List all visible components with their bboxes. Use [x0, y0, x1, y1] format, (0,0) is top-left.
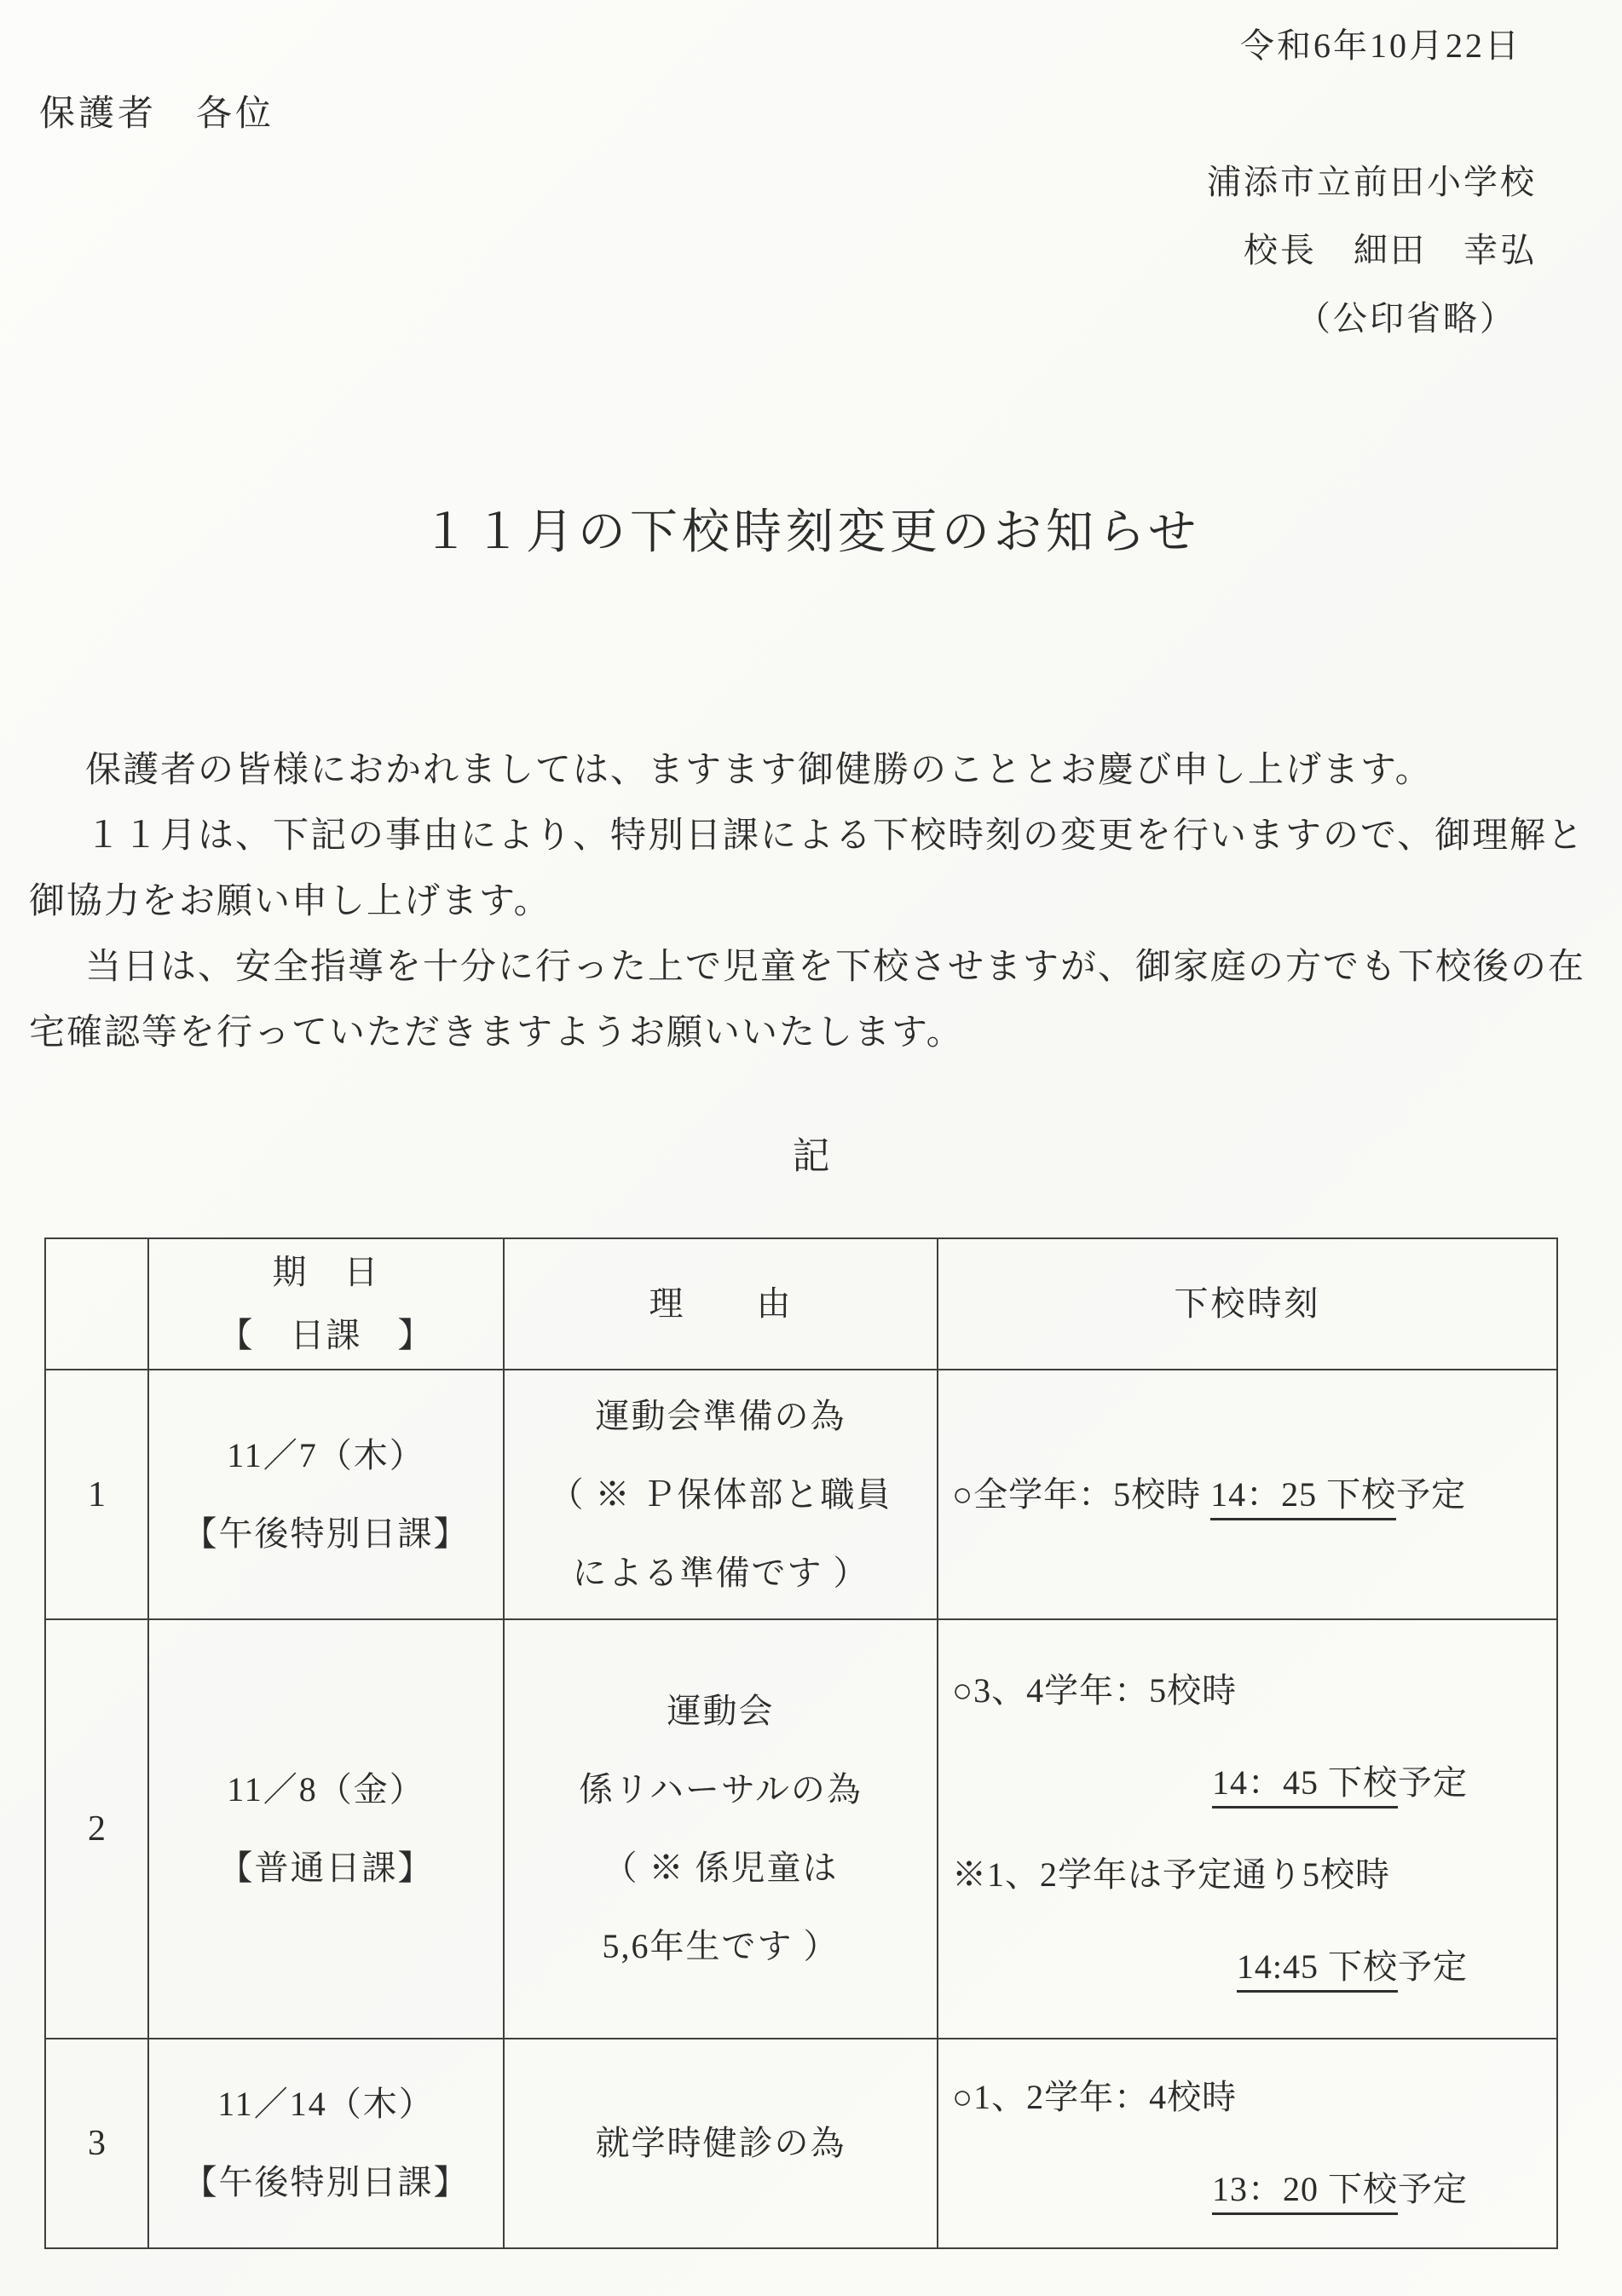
time-text: ○全学年：5校時: [952, 1475, 1210, 1514]
underlined-time-text: 13：20 下校: [1212, 2170, 1398, 2215]
underlined-time-text: 14:45 下校: [1237, 1947, 1398, 1993]
time-text: ○1、2学年：4校時: [952, 2078, 1237, 2116]
row-number: 2: [45, 1619, 148, 2039]
reason-line: 5,6年生です ）: [505, 1907, 937, 1986]
dismissal-time-line: 13：20 下校予定: [938, 2143, 1556, 2235]
reason-line: （ ※ Ｐ保体部と職員: [505, 1456, 937, 1534]
time-text: 予定: [1398, 1763, 1468, 1802]
date-line: 【午後特別日課】: [149, 2143, 503, 2222]
dismissal-time-line: ○3、4学年：5校時: [938, 1645, 1556, 1737]
date-line: 11／14（木）: [149, 2065, 503, 2143]
date-cell: 11／7（木）【午後特別日課】: [148, 1370, 504, 1619]
reason-line: 運動会準備の為: [505, 1377, 937, 1456]
body-line: 当日は、安全指導を十分に行った上で児童を下校させますが、御家庭の方でも下校後の在: [29, 935, 1590, 1001]
recipient-line: 保護者 各位: [39, 85, 274, 136]
header-cell: 期 日【 日課 】: [148, 1238, 504, 1370]
document-page: 令和6年10月22日 保護者 各位 浦添市立前田小学校 校長 細田 幸弘 （公印…: [0, 0, 1622, 2296]
body-line: 御協力をお願い申し上げます。: [29, 869, 1590, 935]
dismissal-time-line: ○1、2学年：4校時: [938, 2051, 1556, 2143]
reason-line: 係リハーサルの為: [505, 1751, 937, 1829]
date-cell: 11／14（木）【午後特別日課】: [148, 2039, 504, 2248]
body-paragraphs: 保護者の皆様におかれましては、ますます御健勝のこととお慶び申し上げます。１１月は…: [29, 738, 1590, 1066]
body-line: 宅確認等を行っていただきますようお願いいたします。: [29, 1001, 1590, 1066]
table-header-row: 期 日【 日課 】理 由下校時刻: [45, 1238, 1557, 1370]
dismissal-time-cell: ○1、2学年：4校時13：20 下校予定: [938, 2039, 1557, 2248]
header-cell: 理 由: [504, 1238, 938, 1370]
date-line: 【普通日課】: [149, 1829, 503, 1907]
school-name: 浦添市立前田小学校: [1207, 148, 1537, 216]
header-line: 下校時刻: [938, 1272, 1556, 1335]
dismissal-time-line: 14:45 下校予定: [938, 1921, 1556, 2013]
reason-cell: 就学時健診の為: [504, 2039, 938, 2248]
header-cell: 下校時刻: [938, 1238, 1557, 1370]
body-line: １１月は、下記の事由により、特別日課による下校時刻の変更を行いますので、御理解と: [29, 804, 1590, 869]
reason-line: （ ※ 係児童は: [505, 1829, 937, 1907]
header-line: 【 日課 】: [149, 1304, 503, 1367]
underlined-time-text: 14：25 下校: [1210, 1475, 1396, 1520]
time-text: 予定: [1398, 1947, 1468, 1986]
principal-name: 校長 細田 幸弘: [1207, 216, 1537, 285]
reason-cell: 運動会係リハーサルの為（ ※ 係児童は5,6年生です ）: [504, 1619, 938, 2039]
header-line: 理 由: [505, 1272, 937, 1335]
table-row: 311／14（木）【午後特別日課】就学時健診の為○1、2学年：4校時13：20 …: [45, 2039, 1557, 2248]
reason-line: 運動会: [505, 1672, 937, 1751]
table-row: 111／7（木）【午後特別日課】運動会準備の為（ ※ Ｐ保体部と職員による準備で…: [45, 1370, 1557, 1619]
document-date: 令和6年10月22日: [1240, 19, 1521, 67]
record-mark: 記: [0, 1125, 1622, 1180]
dismissal-time-line: ※1、2学年は予定通り5校時: [938, 1829, 1556, 1921]
row-number: 1: [45, 1370, 148, 1619]
date-line: 【午後特別日課】: [149, 1495, 503, 1573]
sender-block: 浦添市立前田小学校 校長 細田 幸弘 （公印省略）: [1207, 148, 1537, 353]
dismissal-schedule-table: 期 日【 日課 】理 由下校時刻111／7（木）【午後特別日課】運動会準備の為（…: [44, 1237, 1558, 2249]
reason-cell: 運動会準備の為（ ※ Ｐ保体部と職員による準備です ）: [504, 1370, 938, 1619]
dismissal-time-line: 14：45 下校予定: [938, 1737, 1556, 1829]
dismissal-time-cell: ○全学年：5校時 14：25 下校予定: [938, 1370, 1557, 1619]
time-text: 予定: [1396, 1475, 1466, 1514]
date-line: 11／8（金）: [149, 1751, 503, 1829]
table-row: 211／8（金）【普通日課】運動会係リハーサルの為（ ※ 係児童は5,6年生です…: [45, 1619, 1557, 2039]
date-line: 11／7（木）: [149, 1416, 503, 1495]
dismissal-time-cell: ○3、4学年：5校時14：45 下校予定※1、2学年は予定通り5校時14:45 …: [938, 1619, 1557, 2039]
page-title: １１月の下校時刻変更のお知らせ: [0, 494, 1622, 562]
underlined-time-text: 14：45 下校: [1212, 1763, 1398, 1809]
reason-line: 就学時健診の為: [505, 2104, 937, 2183]
body-line: 保護者の皆様におかれましては、ますます御健勝のこととお慶び申し上げます。: [29, 738, 1590, 804]
header-cell: [45, 1238, 148, 1370]
time-text: 予定: [1398, 2170, 1468, 2208]
time-text: ○3、4学年：5校時: [952, 1671, 1237, 1710]
dismissal-time-line: ○全学年：5校時 14：25 下校予定: [938, 1469, 1556, 1520]
row-number: 3: [45, 2039, 148, 2248]
header-line: 期 日: [149, 1241, 503, 1304]
time-text: ※1、2学年は予定通り5校時: [952, 1855, 1390, 1894]
reason-line: による準備です ）: [505, 1534, 937, 1612]
seal-omitted-note: （公印省略）: [1207, 285, 1537, 353]
date-cell: 11／8（金）【普通日課】: [148, 1619, 504, 2039]
